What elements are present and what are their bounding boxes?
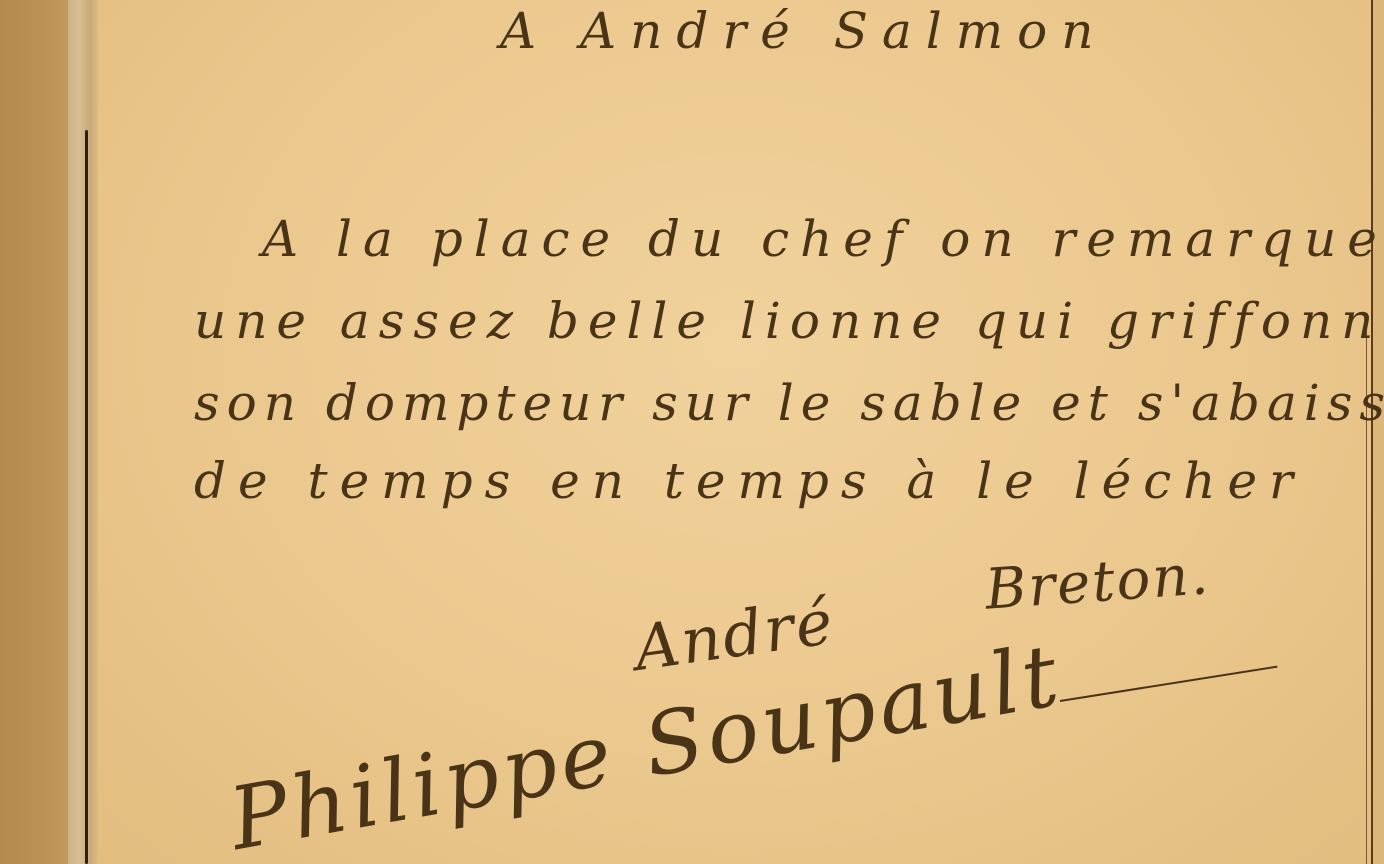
gutter-line [85, 130, 88, 864]
book-spine-hinge [68, 0, 100, 864]
dedication-heading: A André Salmon [500, 2, 1107, 60]
page-rim [1373, 0, 1384, 864]
book-cover-board [0, 0, 72, 864]
body-line-4: de temps en temps à le lécher [194, 452, 1305, 510]
body-line-2: une assez belle lionne qui griffonne [194, 292, 1384, 350]
body-line-3: son dompteur sur le sable et s'abaisse [194, 374, 1384, 432]
body-line-1: A la place du chef on remarque [262, 210, 1384, 268]
